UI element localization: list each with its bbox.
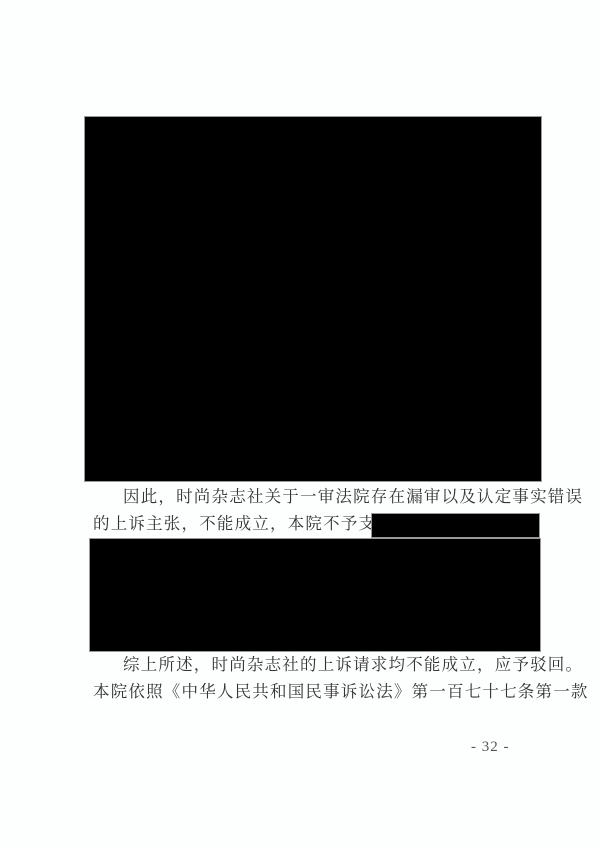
- redaction-inline: [372, 514, 539, 537]
- redaction-block-top: [85, 117, 541, 481]
- paragraph-1-line-2: 的上诉主张，不能成立，本院不予支持。: [93, 513, 412, 535]
- paragraph-2-line-1: 综上所述，时尚杂志社的上诉请求均不能成立，应予驳回。: [123, 654, 583, 676]
- paragraph-2-line-2: 本院依照《中华人民共和国民事诉讼法》第一百七十七条第一款: [93, 681, 589, 703]
- page-number: - 32 -: [471, 739, 510, 756]
- paragraph-1-line-1: 因此，时尚杂志社关于一审法院存在漏审以及认定事实错误: [123, 486, 583, 508]
- document-page: 因此，时尚杂志社关于一审法院存在漏审以及认定事实错误 的上诉主张，不能成立，本院…: [0, 0, 600, 848]
- redaction-block-middle: [90, 539, 540, 651]
